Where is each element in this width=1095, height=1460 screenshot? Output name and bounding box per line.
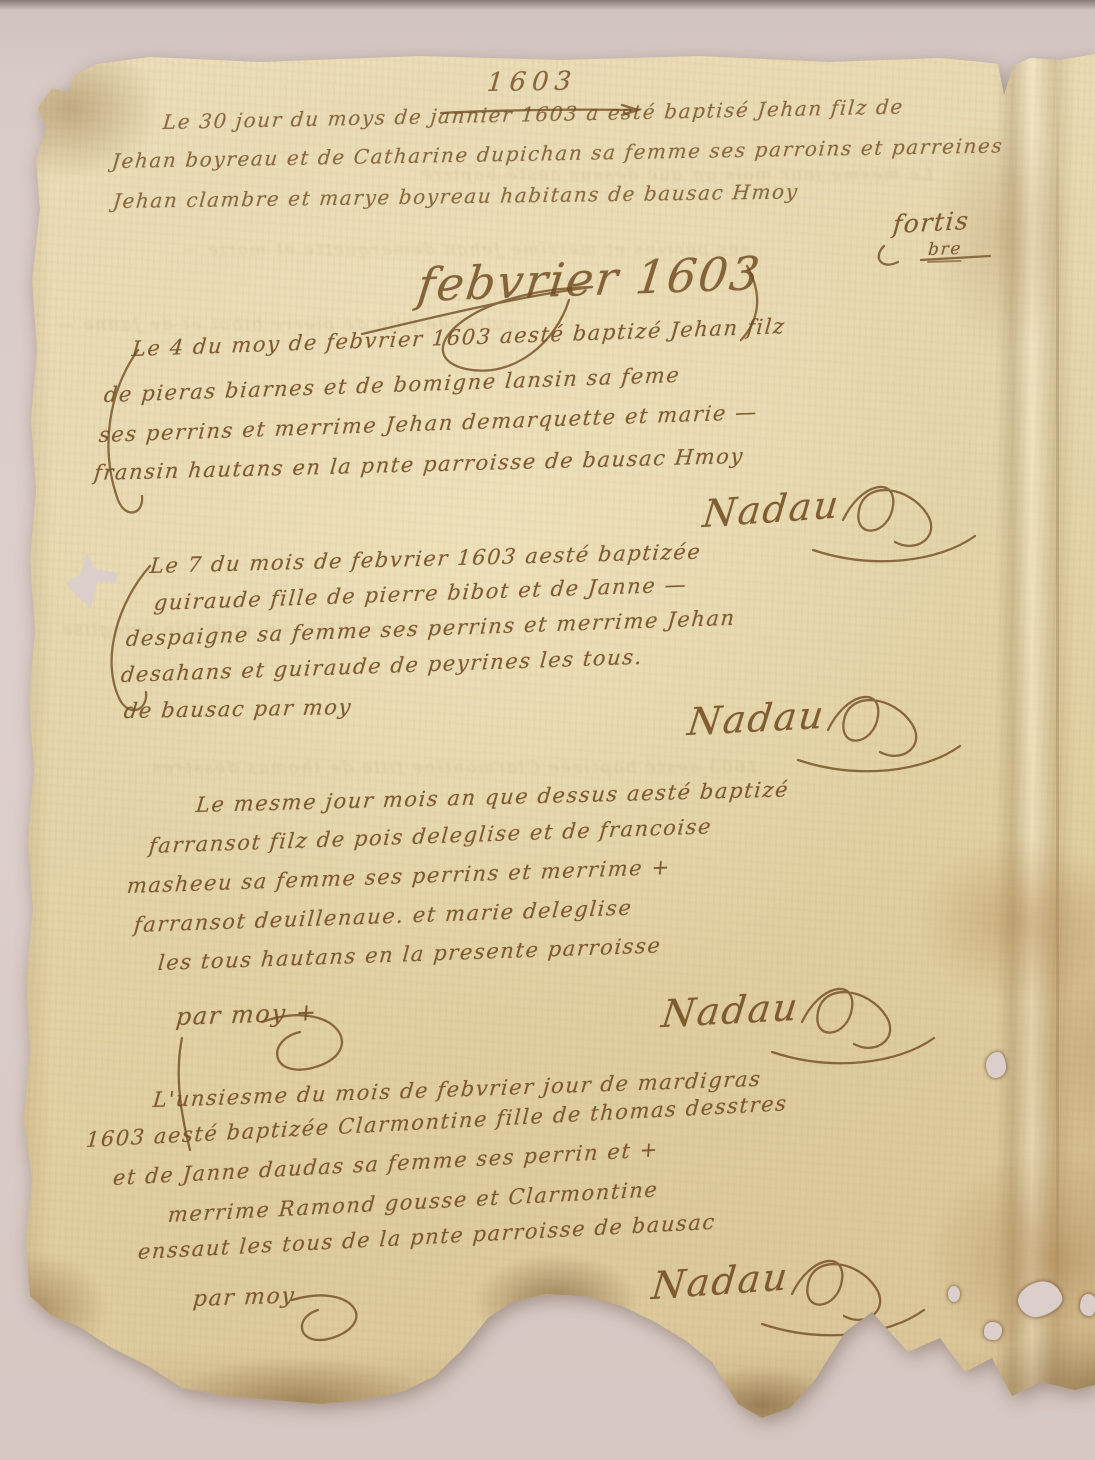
paper-hole [948,1286,960,1302]
photograph-of-manuscript: { "colors": { "paper": "#e6d5ad", "ink":… [0,0,1095,1460]
paper-hole [986,1052,1006,1078]
manuscript-page: ses perrins et merrime Jehan demarquette… [0,0,1095,1460]
manuscript-page-wrapper: ses perrins et merrime Jehan demarquette… [0,0,1095,1460]
stain-overlay [0,0,1095,1460]
paper-hole [984,1322,1002,1340]
paper-hole [1080,1294,1095,1316]
